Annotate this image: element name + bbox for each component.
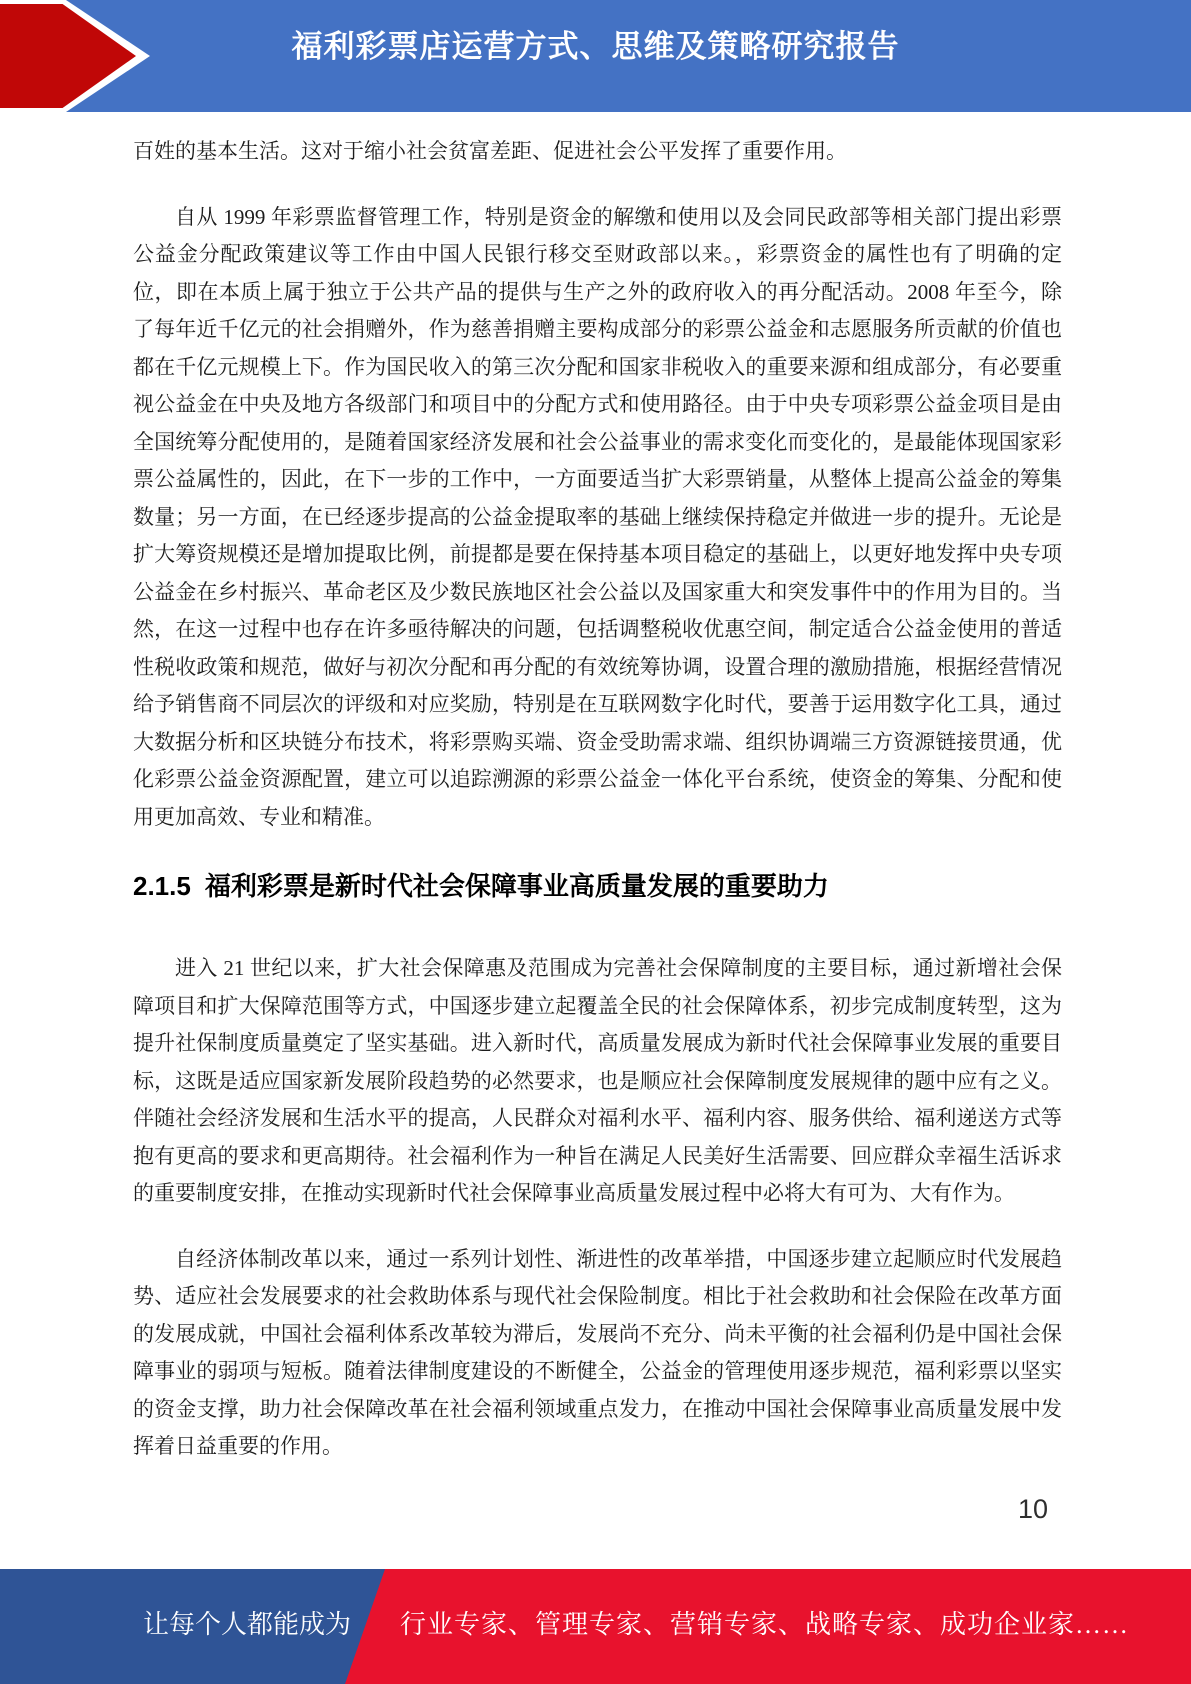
body-paragraph-2: 进入 21 世纪以来，扩大社会保障惠及范围成为完善社会保障制度的主要目标，通过新… [133, 950, 1062, 1213]
report-page: 福利彩票店运营方式、思维及策略研究报告 百姓的基本生活。这对于缩小社会贫富差距、… [0, 0, 1191, 1684]
footer-slogan-left: 让每个人都能成为 [143, 1609, 351, 1641]
page-footer: 让每个人都能成为 行业专家、管理专家、营销专家、战略专家、成功企业家…… [0, 1569, 1191, 1684]
body-paragraph-lead: 百姓的基本生活。这对于缩小社会贫富差距、促进社会公平发挥了重要作用。 [133, 133, 1062, 171]
page-number: 10 [133, 1494, 1062, 1525]
page-header-banner: 福利彩票店运营方式、思维及策略研究报告 [0, 0, 1191, 112]
footer-slogan-right: 行业专家、管理专家、营销专家、战略专家、成功企业家…… [400, 1609, 1129, 1641]
body-paragraph-1: 自从 1999 年彩票监督管理工作，特别是资金的解缴和使用以及会同民政部等相关部… [133, 199, 1062, 837]
body-paragraph-3: 自经济体制改革以来，通过一系列计划性、渐进性的改革举措，中国逐步建立起顺应时代发… [133, 1241, 1062, 1466]
section-number: 2.1.5 [133, 871, 191, 901]
section-heading: 2.1.5福利彩票是新时代社会保障事业高质量发展的重要助力 [133, 868, 1062, 904]
section-title: 福利彩票是新时代社会保障事业高质量发展的重要助力 [205, 871, 829, 901]
page-body: 百姓的基本生活。这对于缩小社会贫富差距、促进社会公平发挥了重要作用。 自从 19… [0, 112, 1191, 1525]
report-title: 福利彩票店运营方式、思维及策略研究报告 [0, 0, 1191, 66]
